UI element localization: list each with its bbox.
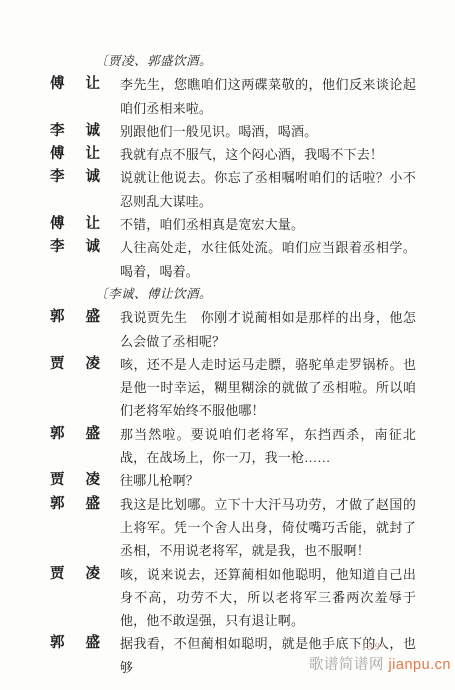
speaker-name: 傅让 bbox=[48, 143, 120, 166]
book-page: 〔贾凌、郭盛饮酒。傅让李先生，您瞧咱们这两碟菜敬的，他们反来谈论起咱们丞相来啦。… bbox=[0, 0, 455, 690]
speaker-name-char: 郭 bbox=[50, 632, 65, 679]
speaker-name-char: 凌 bbox=[86, 469, 101, 492]
dialogue-row: 郭盛我说贾先生 你刚才说蔺相如是那样的出身，他怎么会做了丞相呢？ bbox=[48, 306, 416, 353]
stage-direction: 〔贾凌、郭盛饮酒。 bbox=[95, 50, 416, 73]
dialogue-text: 说就让他说去。你忘了丞相嘱咐咱们的话啦？小不忍则乱大谋哇。 bbox=[120, 166, 416, 213]
speaker-name: 李诚 bbox=[48, 120, 120, 143]
speaker-name-char: 李 bbox=[50, 236, 65, 283]
dialogue-row: 郭盛我这是比划哪。立下十大汗马功劳，才做了赵国的上将军。凭一个舍人出身，倚仗嘴巧… bbox=[48, 493, 416, 563]
dialogue-text: 别跟他们一般见识。喝酒，喝酒。 bbox=[120, 120, 416, 143]
dialogue-text: 咳，还不是人走时运马走膘，骆驼单走罗锅桥。也是他一时幸运，糊里糊涂的就做了丞相啦… bbox=[120, 353, 416, 423]
speaker-name-char: 傅 bbox=[50, 73, 65, 120]
speaker-name: 李诚 bbox=[48, 166, 120, 213]
speaker-name-char: 傅 bbox=[50, 213, 65, 236]
speaker-name: 李诚 bbox=[48, 236, 120, 283]
dialogue-text: 咳，说来说去，还算蔺相如他聪明，他知道自己出身不高，功劳不大，所以老将军三番两次… bbox=[120, 563, 416, 633]
dialogue-row: 李诚别跟他们一般见识。喝酒，喝酒。 bbox=[48, 120, 416, 143]
speaker-name-char: 郭 bbox=[50, 306, 65, 353]
speaker-name-char: 诚 bbox=[86, 120, 101, 143]
speaker-name-char: 盛 bbox=[86, 493, 101, 563]
speaker-name: 郭盛 bbox=[48, 306, 120, 353]
dialogue-text: 那当然啦。要说咱们老将军，东挡西杀，南征北战，在战场上，你一刀，我一枪…… bbox=[120, 423, 416, 470]
speaker-name-char: 贾 bbox=[50, 563, 65, 633]
script-body: 〔贾凌、郭盛饮酒。傅让李先生，您瞧咱们这两碟菜敬的，他们反来谈论起咱们丞相来啦。… bbox=[48, 50, 416, 679]
dialogue-row: 贾凌咳，还不是人走时运马走膘，骆驼单走罗锅桥。也是他一时幸运，糊里糊涂的就做了丞… bbox=[48, 353, 416, 423]
speaker-name-char: 盛 bbox=[86, 306, 101, 353]
page-number: ·159· bbox=[358, 642, 386, 653]
stage-direction: 〔李诚、傅让饮酒。 bbox=[95, 283, 416, 306]
dialogue-text: 人往高处走，水往低处流。咱们应当跟着丞相学。喝着，喝着。 bbox=[120, 236, 416, 283]
dialogue-text: 李先生，您瞧咱们这两碟菜敬的，他们反来谈论起咱们丞相来啦。 bbox=[120, 73, 416, 120]
stage-direction-text: 〔贾凌、郭盛饮酒。 bbox=[95, 50, 212, 73]
speaker-name-char: 盛 bbox=[86, 632, 101, 679]
speaker-name-char: 李 bbox=[50, 166, 65, 213]
speaker-name-char: 诚 bbox=[86, 166, 101, 213]
speaker-name: 郭盛 bbox=[48, 632, 120, 679]
speaker-name: 贾凌 bbox=[48, 469, 120, 492]
speaker-name-char: 凌 bbox=[86, 353, 101, 423]
speaker-name-char: 贾 bbox=[50, 353, 65, 423]
dialogue-text: 往哪儿枪啊？ bbox=[120, 469, 416, 492]
dialogue-row: 傅让不错，咱们丞相真是宽宏大量。 bbox=[48, 213, 416, 236]
watermark-site-url: jianpu.cn bbox=[388, 657, 451, 673]
dialogue-row: 傅让我就有点不服气，这个闷心酒，我喝不下去！ bbox=[48, 143, 416, 166]
speaker-name-char: 让 bbox=[86, 143, 101, 166]
dialogue-row: 贾凌咳，说来说去，还算蔺相如他聪明，他知道自己出身不高，功劳不大，所以老将军三番… bbox=[48, 563, 416, 633]
dialogue-text: 我这是比划哪。立下十大汗马功劳，才做了赵国的上将军。凭一个舍人出身，倚仗嘴巧舌能… bbox=[120, 493, 416, 563]
speaker-name-char: 诚 bbox=[86, 236, 101, 283]
speaker-name-char: 凌 bbox=[86, 563, 101, 633]
dialogue-row: 傅让李先生，您瞧咱们这两碟菜敬的，他们反来谈论起咱们丞相来啦。 bbox=[48, 73, 416, 120]
speaker-name-char: 让 bbox=[86, 213, 101, 236]
watermark: 歌谱简谱网 jianpu.cn bbox=[309, 653, 451, 674]
speaker-name-char: 盛 bbox=[86, 423, 101, 470]
dialogue-text: 我说贾先生 你刚才说蔺相如是那样的出身，他怎么会做了丞相呢？ bbox=[120, 306, 416, 353]
speaker-name: 傅让 bbox=[48, 73, 120, 120]
speaker-name: 傅让 bbox=[48, 213, 120, 236]
speaker-name-char: 郭 bbox=[50, 493, 65, 563]
speaker-name-char: 李 bbox=[50, 120, 65, 143]
speaker-name: 贾凌 bbox=[48, 353, 120, 423]
speaker-name-char: 让 bbox=[86, 73, 101, 120]
dialogue-row: 李诚说就让他说去。你忘了丞相嘱咐咱们的话啦？小不忍则乱大谋哇。 bbox=[48, 166, 416, 213]
stage-direction-text: 〔李诚、傅让饮酒。 bbox=[95, 283, 212, 306]
dialogue-text: 我就有点不服气，这个闷心酒，我喝不下去！ bbox=[120, 143, 416, 166]
speaker-name-char: 郭 bbox=[50, 423, 65, 470]
dialogue-text: 不错，咱们丞相真是宽宏大量。 bbox=[120, 213, 416, 236]
speaker-name: 郭盛 bbox=[48, 493, 120, 563]
dialogue-row: 李诚人往高处走，水往低处流。咱们应当跟着丞相学。喝着，喝着。 bbox=[48, 236, 416, 283]
dialogue-row: 贾凌往哪儿枪啊？ bbox=[48, 469, 416, 492]
speaker-name-char: 傅 bbox=[50, 143, 65, 166]
speaker-name: 郭盛 bbox=[48, 423, 120, 470]
speaker-name: 贾凌 bbox=[48, 563, 120, 633]
dialogue-row: 郭盛那当然啦。要说咱们老将军，东挡西杀，南征北战，在战场上，你一刀，我一枪…… bbox=[48, 423, 416, 470]
watermark-site-name: 歌谱简谱网 bbox=[309, 657, 384, 673]
speaker-name-char: 贾 bbox=[50, 469, 65, 492]
